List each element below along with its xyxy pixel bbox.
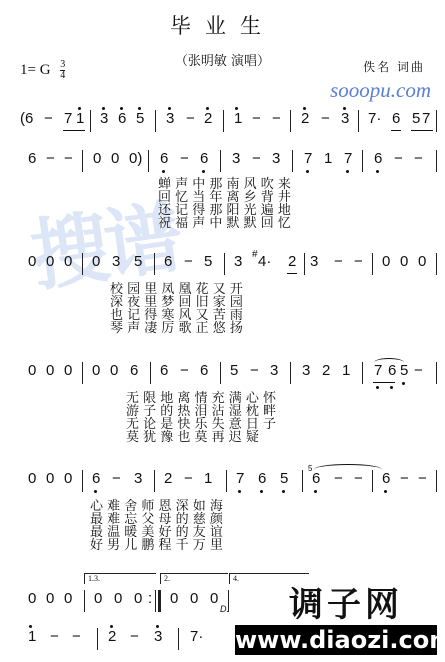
diaozi-logo: 调子网 bbox=[255, 585, 437, 625]
score-row-3: 000 035 6−5 3#4·2 3−− 000 bbox=[0, 253, 445, 275]
score-row-1: (6− 71 365 3−2 1−− 2−3 7·657 bbox=[0, 110, 445, 132]
lyric-line: 莫 犹 豫 也 莫 再 迟 疑 bbox=[126, 431, 259, 444]
diaozi-url: www.diaozi.com bbox=[235, 625, 437, 655]
score-row-2: 6−− 000) 6−6 3−3 717 6−− bbox=[0, 150, 445, 172]
volta-4: 4. bbox=[229, 573, 309, 584]
time-signature: 3 4 bbox=[60, 60, 65, 81]
composer-credit: 佚名 词曲 bbox=[363, 58, 425, 75]
score-row-5: 000 6−3 2−1 765 5 6−− 6−− bbox=[0, 470, 445, 492]
volta-2: 2. bbox=[160, 573, 228, 584]
score-row-4: 000 006 6−6 5−3 321 765− bbox=[0, 362, 445, 384]
volta-1-3: 1.3. bbox=[84, 573, 156, 584]
lyric-line: 好 男 儿 鹏 程 千 万 里 bbox=[90, 539, 223, 552]
song-title: 毕业生 bbox=[0, 10, 445, 40]
sooopu-watermark: sooopu.com bbox=[330, 78, 431, 103]
key-signature: 1= G 3 4 bbox=[20, 60, 65, 81]
key-label: 1= G bbox=[20, 62, 51, 78]
lyric-line: 祝 福 声 中 默 默 回 忆 bbox=[158, 217, 291, 230]
time-sig-bottom: 4 bbox=[60, 71, 65, 81]
lyric-line: 琴 声 凄 厉 歌 正 悠 扬 bbox=[110, 322, 243, 335]
